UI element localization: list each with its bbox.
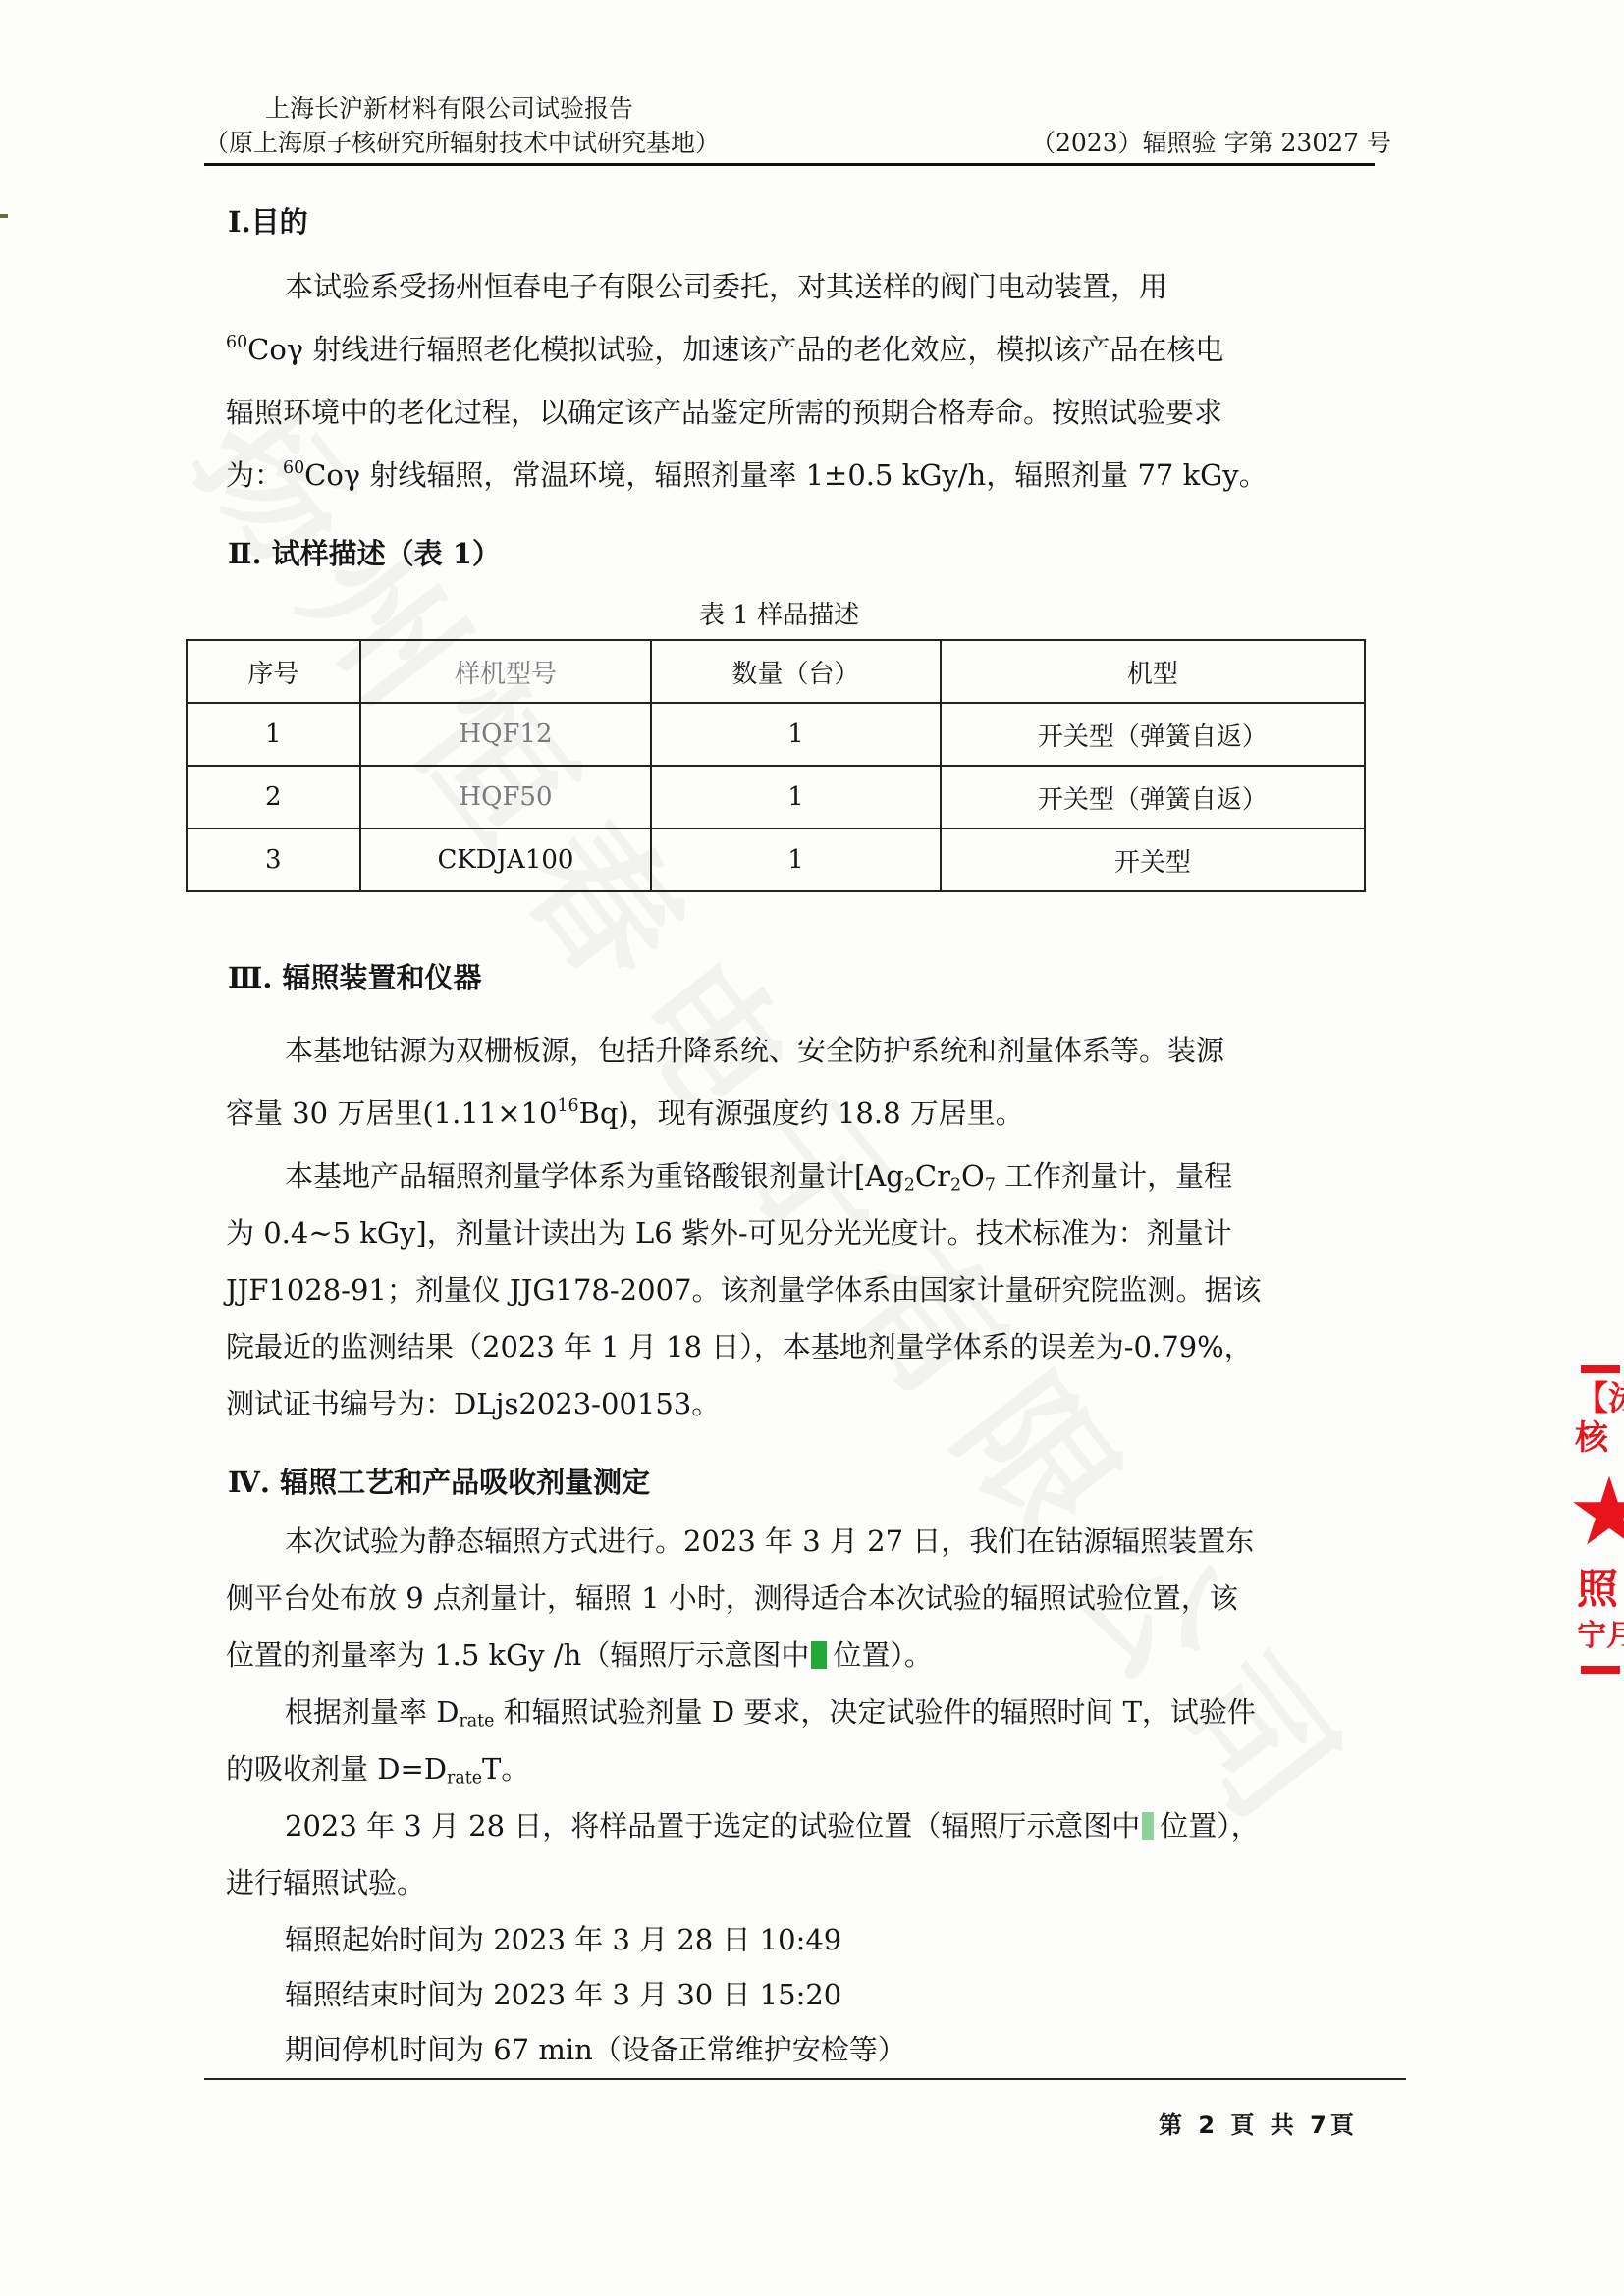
text: Cr — [915, 1159, 950, 1193]
table-row: 3 CKDJA100 1 开关型 — [187, 828, 1365, 891]
text: Coγ 射线辐照，常温环境，辐照剂量率 1±0.5 kGy/h，辐照剂量 77 … — [304, 458, 1268, 492]
position-marker-icon — [811, 1641, 827, 1669]
section-4-title: Ⅳ. 辐照工艺和产品吸收剂量测定 — [228, 1465, 650, 1500]
table-header-cell: 机型 — [941, 640, 1365, 703]
section-4-para-line: 2023 年 3 月 28 日，将样品置于选定的试验位置（辐照厅示意图中位置）， — [285, 1808, 1260, 1843]
downtime: 期间停机时间为 67 min（设备正常维护安检等） — [285, 2032, 906, 2067]
section-1-para-line: 本试验系受扬州恒春电子有限公司委托，对其送样的阀门电动装置，用 — [285, 269, 1167, 304]
table-row: 1 HQF12 1 开关型（弹簧自返） — [187, 703, 1365, 766]
position-marker-icon — [1142, 1812, 1154, 1840]
text: 为： — [226, 458, 283, 492]
text: 根据剂量率 D — [285, 1695, 459, 1729]
section-1-title: Ⅰ.目的 — [228, 204, 308, 240]
table-cell: 开关型（弹簧自返） — [941, 703, 1365, 766]
scan-edge-mark — [0, 214, 8, 218]
section-2-title: Ⅱ. 试样描述（表 1） — [228, 536, 501, 571]
subscript: 2 — [950, 1175, 961, 1195]
table-caption: 表 1 样品描述 — [699, 601, 859, 630]
irradiation-end-time: 辐照结束时间为 2023 年 3 月 30 日 15:20 — [285, 1977, 841, 2012]
header-org-name: 上海长沪新材料有限公司试验报告 — [265, 93, 633, 125]
text: 2023 年 3 月 28 日，将样品置于选定的试验位置（辐照厅示意图中 — [285, 1809, 1140, 1842]
section-1-para-line: 为：60Coγ 射线辐照，常温环境，辐照剂量率 1±0.5 kGy/h，辐照剂量… — [226, 457, 1268, 493]
section-3-para-line: 容量 30 万居里(1.11×1016Bq)，现有源强度约 18.8 万居里。 — [226, 1095, 1024, 1131]
table-header-cell: 样机型号 — [360, 640, 652, 703]
table-cell: 开关型 — [941, 828, 1365, 891]
text: 本基地产品辐照剂量学体系为重铬酸银剂量计[Ag — [285, 1159, 904, 1193]
text: 的吸收剂量 D=D — [226, 1752, 447, 1786]
section-4-para-line: 侧平台处布放 9 点剂量计，辐照 1 小时，测得适合本次试验的辐照试验位置，该 — [226, 1580, 1238, 1616]
text: 位置）， — [1160, 1809, 1260, 1842]
seal-text: 照 — [1577, 1566, 1624, 1613]
table-cell: HQF12 — [360, 703, 652, 766]
section-3-para-line: JJF1028-91；剂量仪 JJG178-2007。该剂量学体系由国家计量研究… — [226, 1272, 1261, 1308]
seal-bracket — [1581, 1365, 1620, 1373]
header-rule — [204, 163, 1375, 166]
section-1-para-line: 辐照环境中的老化过程，以确定该产品鉴定所需的预期合格寿命。按照试验要求 — [226, 395, 1222, 430]
sample-table: 序号 样机型号 数量（台） 机型 1 HQF12 1 开关型（弹簧自返） 2 H… — [186, 639, 1366, 892]
text: 和辐照试验剂量 D 要求，决定试验件的辐照时间 T，试验件 — [494, 1695, 1255, 1729]
subscript: 7 — [985, 1175, 996, 1195]
table-cell: 1 — [651, 828, 941, 891]
official-seal: 【泳核 ★ 照 宁月 — [1573, 1360, 1624, 1683]
section-4-para-line: 位置的剂量率为 1.5 kGy /h（辐照厅示意图中位置）。 — [226, 1637, 933, 1673]
text: Bq)，现有源强度约 18.8 万居里。 — [579, 1096, 1024, 1130]
table-header-row: 序号 样机型号 数量（台） 机型 — [187, 640, 1365, 703]
section-4-para-line: 进行辐照试验。 — [226, 1865, 425, 1900]
exponent: 16 — [557, 1096, 578, 1116]
seal-bracket — [1581, 1666, 1620, 1674]
page-number: 第 2 頁 共 7頁 — [1159, 2106, 1358, 2140]
text: 位置的剂量率为 1.5 kGy /h（辐照厅示意图中 — [226, 1638, 809, 1672]
section-4-para-line: 根据剂量率 Drate 和辐照试验剂量 D 要求，决定试验件的辐照时间 T，试验… — [285, 1694, 1256, 1730]
text: 容量 30 万居里(1.11×10 — [226, 1096, 557, 1130]
section-3-title: Ⅲ. 辐照装置和仪器 — [228, 960, 482, 995]
header-org-subtitle: （原上海原子核研究所辐射技术中试研究基地） — [204, 128, 720, 159]
table-cell: 开关型（弹簧自返） — [941, 766, 1365, 828]
text: 工作剂量计，量程 — [996, 1159, 1232, 1193]
isotope-mass-number: 60 — [283, 458, 304, 478]
table-header-cell: 数量（台） — [651, 640, 941, 703]
subscript: 2 — [904, 1175, 915, 1195]
table-cell: HQF50 — [360, 766, 652, 828]
table-cell: 3 — [187, 828, 360, 891]
section-4-para-line: 的吸收剂量 D=DrateT。 — [226, 1751, 529, 1787]
table-header-cell: 序号 — [187, 640, 360, 703]
section-3-para-line: 为 0.4~5 kGy]，剂量计读出为 L6 紫外-可见分光光度计。技术标准为：… — [226, 1215, 1232, 1251]
text: T。 — [482, 1752, 529, 1786]
section-3-para-line: 测试证书编号为：DLjs2023-00153。 — [226, 1386, 720, 1421]
text: Coγ 射线进行辐照老化模拟试验，加速该产品的老化效应，模拟该产品在核电 — [247, 333, 1223, 366]
header-report-number: （2023）辐照验 字第 23027 号 — [1031, 128, 1391, 159]
subscript: rate — [459, 1711, 494, 1731]
footer-rule — [204, 2078, 1406, 2080]
section-3-para-line: 本基地钴源为双栅板源，包括升降系统、安全防护系统和剂量体系等。装源 — [285, 1033, 1224, 1068]
seal-text: 宁月 — [1577, 1613, 1624, 1660]
text: O — [961, 1159, 985, 1193]
section-4-para-line: 本次试验为静态辐照方式进行。2023 年 3 月 27 日，我们在钴源辐照装置东 — [285, 1523, 1254, 1559]
section-1-para-line: 60Coγ 射线进行辐照老化模拟试验，加速该产品的老化效应，模拟该产品在核电 — [226, 332, 1223, 367]
table-cell: CKDJA100 — [360, 828, 652, 891]
table-row: 2 HQF50 1 开关型（弹簧自返） — [187, 766, 1365, 828]
text: 位置）。 — [833, 1638, 933, 1672]
star-icon: ★ — [1573, 1458, 1624, 1566]
seal-text: 【泳核 — [1575, 1379, 1624, 1458]
table-cell: 2 — [187, 766, 360, 828]
isotope-mass-number: 60 — [226, 333, 247, 352]
subscript: rate — [447, 1768, 482, 1788]
table-cell: 1 — [651, 703, 941, 766]
section-3-para-line: 本基地产品辐照剂量学体系为重铬酸银剂量计[Ag2Cr2O7 工作剂量计，量程 — [285, 1158, 1232, 1194]
irradiation-start-time: 辐照起始时间为 2023 年 3 月 28 日 10:49 — [285, 1922, 841, 1957]
table-cell: 1 — [651, 766, 941, 828]
table-cell: 1 — [187, 703, 360, 766]
section-3-para-line: 院最近的监测结果（2023 年 1 月 18 日），本基地剂量学体系的误差为-0… — [226, 1329, 1253, 1364]
